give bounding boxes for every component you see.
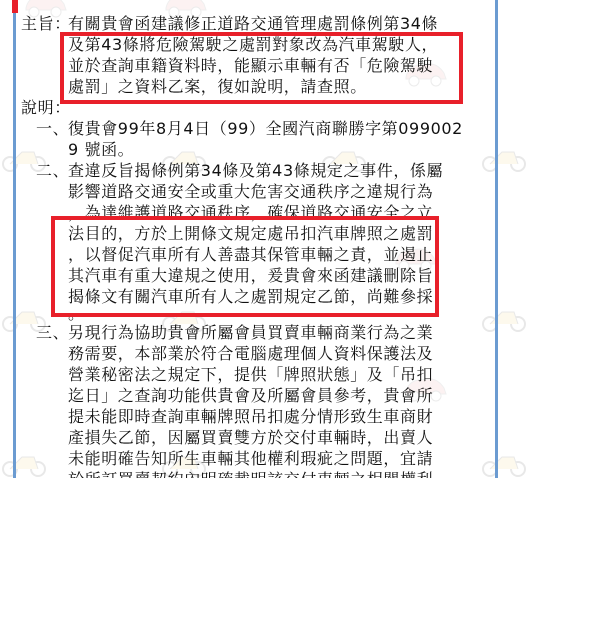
watermark-motorcycle-icon [480,140,530,174]
item-line: 復貴會99年8月4日（99）全國汽商聯勝字第099002 [68,118,463,139]
item-line: 查違反旨揭條例第34條及第43條規定之事件，係屬 [68,160,443,181]
item-line: 9 號函。 [68,139,134,160]
item-line: 法目的，方於上開條文規定處吊扣汽車牌照之處罰 [68,223,433,244]
item-line: ，以督促汽車所有人善盡其保管車輛之責，並遏止 [68,244,433,265]
item-marker: 三、 [36,322,69,343]
item-line: 迄日」之查詢功能供貴會及所屬會員參考，貴會所 [68,385,433,406]
frame-right-border [495,0,498,478]
item-line: 務需要，本部業於符合電腦處理個人資料保護法及 [68,343,433,364]
item-line: 揭條文有關汽車所有人之處罰規定乙節，尚難參採 [68,286,433,307]
item-marker: 二、 [36,160,69,181]
item-line: 營業秘密法之規定下，提供「牌照狀態」及「吊扣 [68,364,433,385]
item-line: 產損失乙節，因屬買賣雙方於交付車輛時，出賣人 [68,427,433,448]
item-line: 影響道路交通安全或重大危害交通秩序之違規行為 [68,181,433,202]
item-line: 另現行為協助貴會所屬會員買賣車輛商業行為之業 [68,322,433,343]
page: 主旨： 有關貴會函建議修正道路交通管理處罰條例第34條 及第43條將危險駕駛之處… [0,0,598,620]
subject-line: 及第43條將危險駕駛之處罰對象改為汽車駕駛人， [68,34,438,55]
explanation-label: 說明： [21,97,71,118]
item-line: 提未能即時查詢車輛牌照吊扣處分情形致生車商財 [68,406,433,427]
item-line: ，為達維護道路交通秩序，確保道路交通安全之立 [68,202,433,223]
subject-line: 處罰」之資料乙案，復如說明，請查照。 [68,76,367,97]
frame-left-border [13,0,16,478]
item-line: 於所訂買賣契約內明確載明該交付車輛之相關權利 [68,469,433,478]
item-line: 其汽車有重大違規之使用，爰貴會來函建議刪除旨 [68,265,433,286]
subject-line: 有關貴會函建議修正道路交通管理處罰條例第34條 [68,13,438,34]
document-frame: 主旨： 有關貴會函建議修正道路交通管理處罰條例第34條 及第43條將危險駕駛之處… [0,0,598,478]
highlight-marker [12,0,18,13]
item-line: 未能明確告知所生車輛其他權利瑕疵之問題，宜請 [68,448,433,469]
watermark-motorcycle-icon [480,445,530,478]
subject-line: 並於查詢車籍資料時，能顯示車輛有否「危險駕駛 [68,55,433,76]
item-marker: 一、 [36,118,69,139]
watermark-motorcycle-icon [480,300,530,334]
item-line: 。 [68,303,85,324]
subject-label: 主旨： [21,13,71,34]
watermark-motorcycle-icon [0,445,50,478]
